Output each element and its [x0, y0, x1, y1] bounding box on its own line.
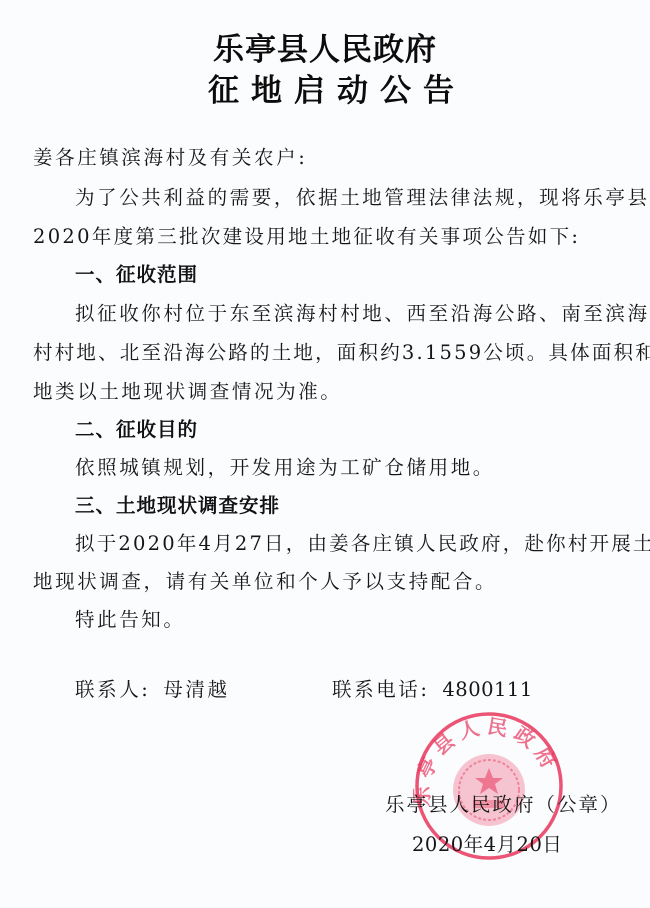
signature-date: 2020年4月20日 [412, 832, 562, 858]
section-heading-purpose: 二、征收目的 [75, 417, 198, 443]
contact-person: 联系人: 母清越 [75, 677, 230, 703]
intro-line-1: 为了公共利益的需要，依据土地管理法律法规，现将乐亭县 [75, 185, 650, 211]
section-survey-line-2: 地现状调查，请有关单位和个人予以支持配合。 [33, 569, 497, 595]
section-survey-line-1: 拟于2020年4月27日，由姜各庄镇人民政府，赴你村开展土 [75, 531, 650, 557]
section-scope-line-1: 拟征收你村位于东至滨海村村地、西至沿海公路、南至滨海 [75, 301, 650, 327]
national-emblem-icon [475, 768, 503, 794]
section-heading-scope: 一、征收范围 [75, 262, 198, 288]
signature-issuer: 乐亭县人民政府（公章） [385, 792, 622, 818]
section-heading-survey: 三、土地现状调查安排 [75, 493, 280, 519]
document-title: 征地启动公告 [0, 71, 650, 111]
section-purpose-line-1: 依照城镇规划，开发用途为工矿仓储用地。 [75, 455, 495, 481]
contact-phone-number: 4800111 [442, 678, 532, 701]
contact-person-name: 母清越 [163, 678, 229, 701]
intro-line-2: 2020年度第三批次建设用地土地征收有关事项公告如下: [33, 224, 580, 250]
contact-phone-label: 联系电话: [332, 678, 430, 701]
section-scope-line-2: 村村地、北至沿海公路的土地，面积约3.1559公顷。具体面积和 [33, 340, 650, 366]
contact-phone: 联系电话: 4800111 [332, 677, 533, 703]
closing-text: 特此告知。 [75, 607, 186, 633]
contact-person-label: 联系人: [75, 678, 150, 701]
salutation: 姜各庄镇滨海村及有关农户: [33, 145, 307, 171]
section-scope-line-3: 地类以土地现状调查情况为准。 [33, 379, 342, 405]
document-title-issuer: 乐亭县人民政府 [0, 30, 650, 70]
